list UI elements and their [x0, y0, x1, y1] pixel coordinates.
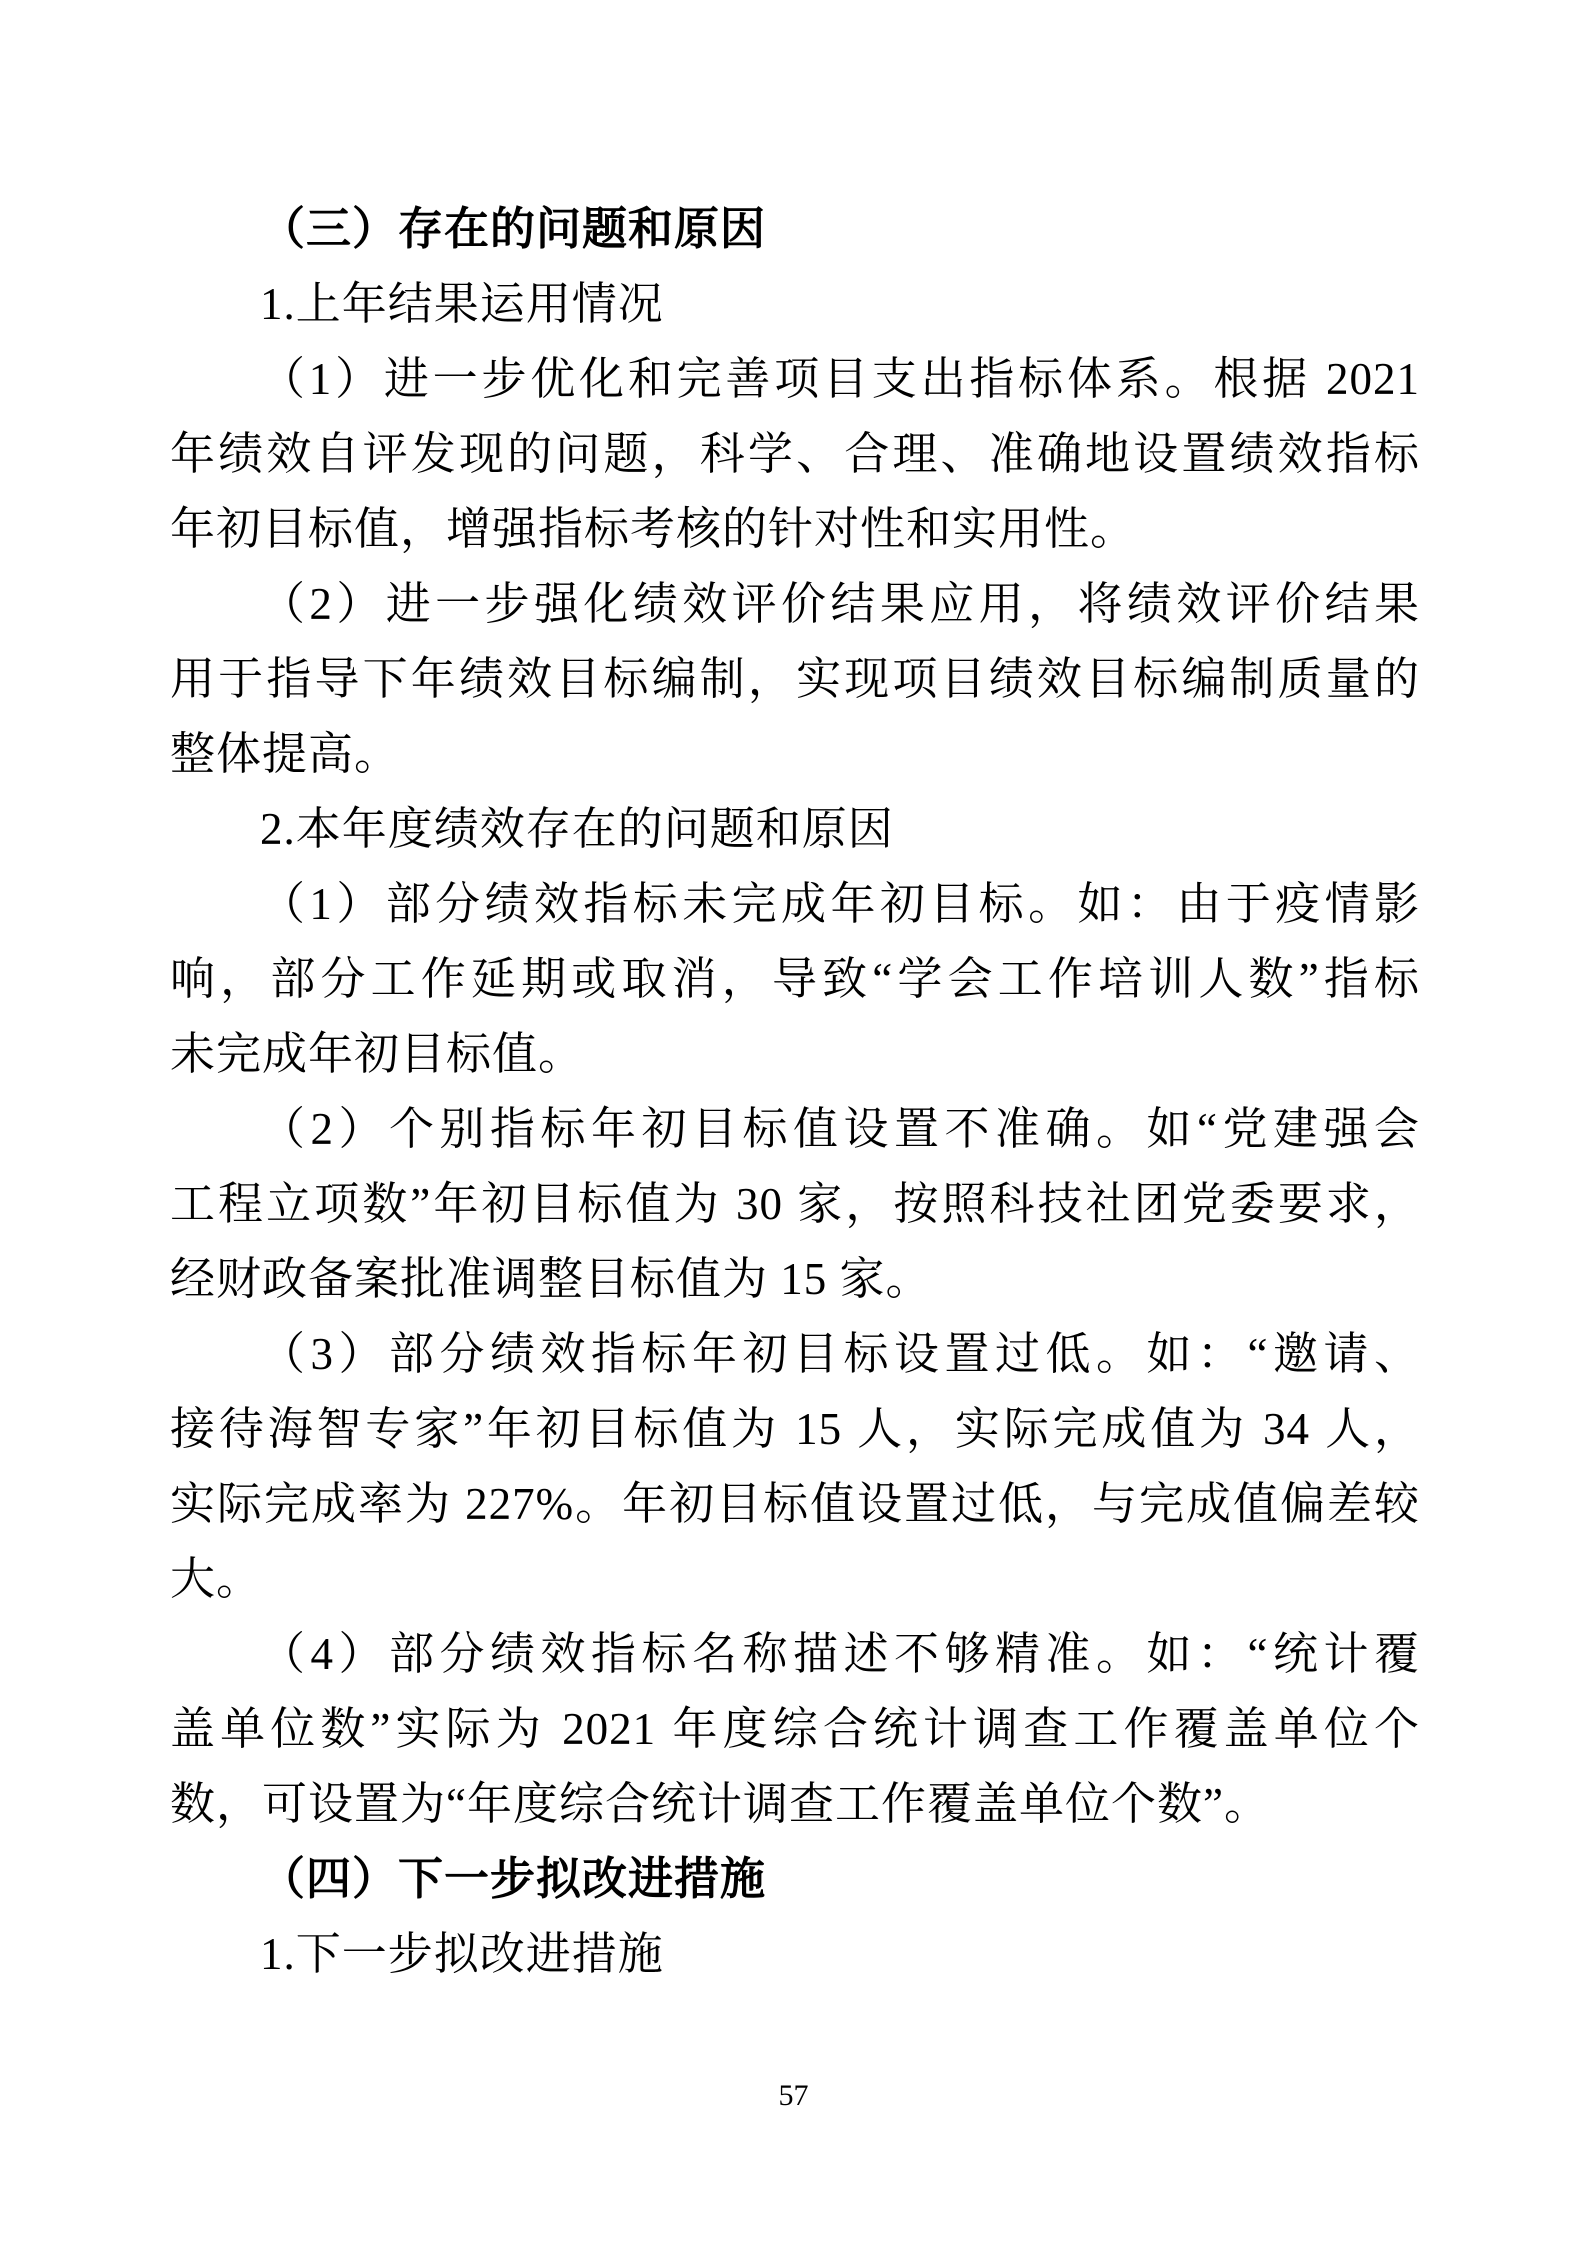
text-line: （2）个别指标年初目标值设置不准确。如“党建强会: [170, 1092, 1420, 1167]
section-heading: （四）下一步拟改进措施: [170, 1842, 1420, 1917]
text-line: 未完成年初目标值。: [170, 1017, 1420, 1092]
text-line: 数，可设置为“年度综合统计调查工作覆盖单位个数”。: [170, 1767, 1420, 1842]
page-number: 57: [0, 2078, 1587, 2114]
text-line: 整体提高。: [170, 717, 1420, 792]
section-heading: （三）存在的问题和原因: [170, 192, 1420, 267]
text-line: 经财政备案批准调整目标值为 15 家。: [170, 1242, 1420, 1317]
text-line: （1）部分绩效指标未完成年初目标。如：由于疫情影: [170, 867, 1420, 942]
text-line: 接待海智专家”年初目标值为 15 人，实际完成值为 34 人，: [170, 1392, 1420, 1467]
text-line: 2.本年度绩效存在的问题和原因: [170, 792, 1420, 867]
text-line: 盖单位数”实际为 2021 年度综合统计调查工作覆盖单位个: [170, 1692, 1420, 1767]
text-line: （1）进一步优化和完善项目支出指标体系。根据 2021: [170, 342, 1420, 417]
text-line: 1.下一步拟改进措施: [170, 1917, 1420, 1992]
text-line: 年绩效自评发现的问题，科学、合理、准确地设置绩效指标: [170, 417, 1420, 492]
text-line: 响，部分工作延期或取消，导致“学会工作培训人数”指标: [170, 942, 1420, 1017]
document-body: （三）存在的问题和原因1.上年结果运用情况（1）进一步优化和完善项目支出指标体系…: [170, 192, 1420, 1992]
text-line: 实际完成率为 227%。年初目标值设置过低，与完成值偏差较: [170, 1467, 1420, 1542]
text-line: 用于指导下年绩效目标编制，实现项目绩效目标编制质量的: [170, 642, 1420, 717]
text-line: 1.上年结果运用情况: [170, 267, 1420, 342]
text-line: （3）部分绩效指标年初目标设置过低。如：“邀请、: [170, 1317, 1420, 1392]
document-page: （三）存在的问题和原因1.上年结果运用情况（1）进一步优化和完善项目支出指标体系…: [0, 0, 1587, 2245]
text-line: （4）部分绩效指标名称描述不够精准。如：“统计覆: [170, 1617, 1420, 1692]
text-line: 工程立项数”年初目标值为 30 家，按照科技社团党委要求，: [170, 1167, 1420, 1242]
text-line: 年初目标值，增强指标考核的针对性和实用性。: [170, 492, 1420, 567]
text-line: 大。: [170, 1542, 1420, 1617]
text-line: （2）进一步强化绩效评价结果应用，将绩效评价结果: [170, 567, 1420, 642]
text-lines: （三）存在的问题和原因1.上年结果运用情况（1）进一步优化和完善项目支出指标体系…: [170, 192, 1420, 1992]
